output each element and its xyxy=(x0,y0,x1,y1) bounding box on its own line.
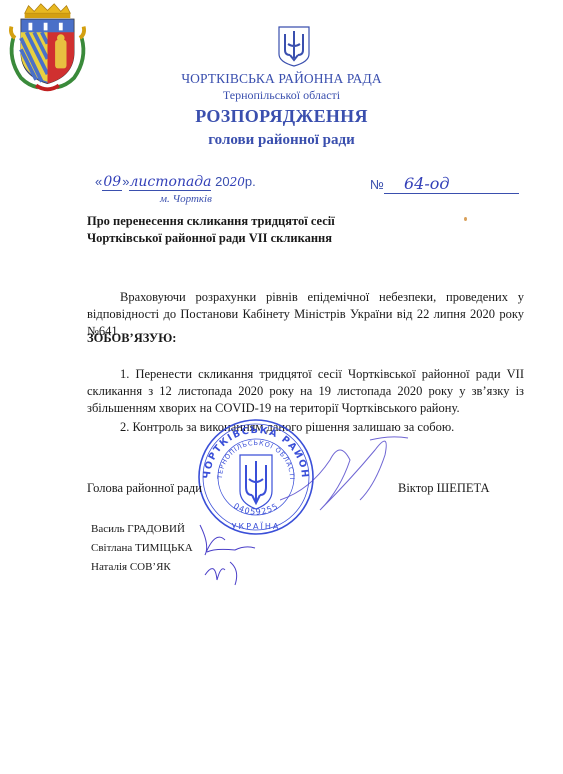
document-type: РОЗПОРЯДЖЕННЯ xyxy=(0,106,563,127)
document-date: «09»листопада 2020р. xyxy=(95,174,256,191)
number-label: № xyxy=(370,177,384,192)
quote-open: « xyxy=(95,174,102,189)
city: м. Чортків xyxy=(160,193,212,205)
visa-name: Василь ГРАДОВИЙ xyxy=(91,523,185,535)
document-subject: Про перенесення скликання тридцятої сесі… xyxy=(87,213,335,247)
directive: ЗОБОВ’ЯЗУЮ: xyxy=(87,331,176,346)
order-item-1: 1. Перенести скликання тридцятої сесії Ч… xyxy=(87,366,524,417)
signatory-title: Голова районної ради xyxy=(87,481,202,496)
year-end: р. xyxy=(245,174,256,189)
quote-close: » xyxy=(122,174,129,189)
date-day: 09 xyxy=(102,174,122,191)
visa-signatures-icon xyxy=(195,520,275,590)
signature-scribble-icon xyxy=(280,430,420,520)
visa-name: Світлана ТИМІЦЬКА xyxy=(91,542,193,554)
year-prefix: 20 xyxy=(215,174,229,189)
number-value: 64-од xyxy=(384,174,519,194)
year-suffix: 20 xyxy=(230,175,245,189)
date-month: листопада xyxy=(129,174,211,191)
ink-speck xyxy=(464,217,467,221)
subject-line-1: Про перенесення скликання тридцятої сесі… xyxy=(87,213,335,230)
subject-line-2: Чортківської районної ради VII скликання xyxy=(87,230,335,247)
document-subtitle: голови районної ради xyxy=(0,132,563,149)
council-name: ЧОРТКІВСЬКА РАЙОННА РАДА xyxy=(0,71,563,87)
document-number: №64-од xyxy=(370,174,519,194)
signatory-name: Віктор ШЕПЕТА xyxy=(398,481,490,496)
visa-name: Наталія СОВ’ЯК xyxy=(91,561,171,573)
region-name: Тернопільської області xyxy=(0,88,563,103)
ukraine-trident-icon xyxy=(276,24,312,68)
